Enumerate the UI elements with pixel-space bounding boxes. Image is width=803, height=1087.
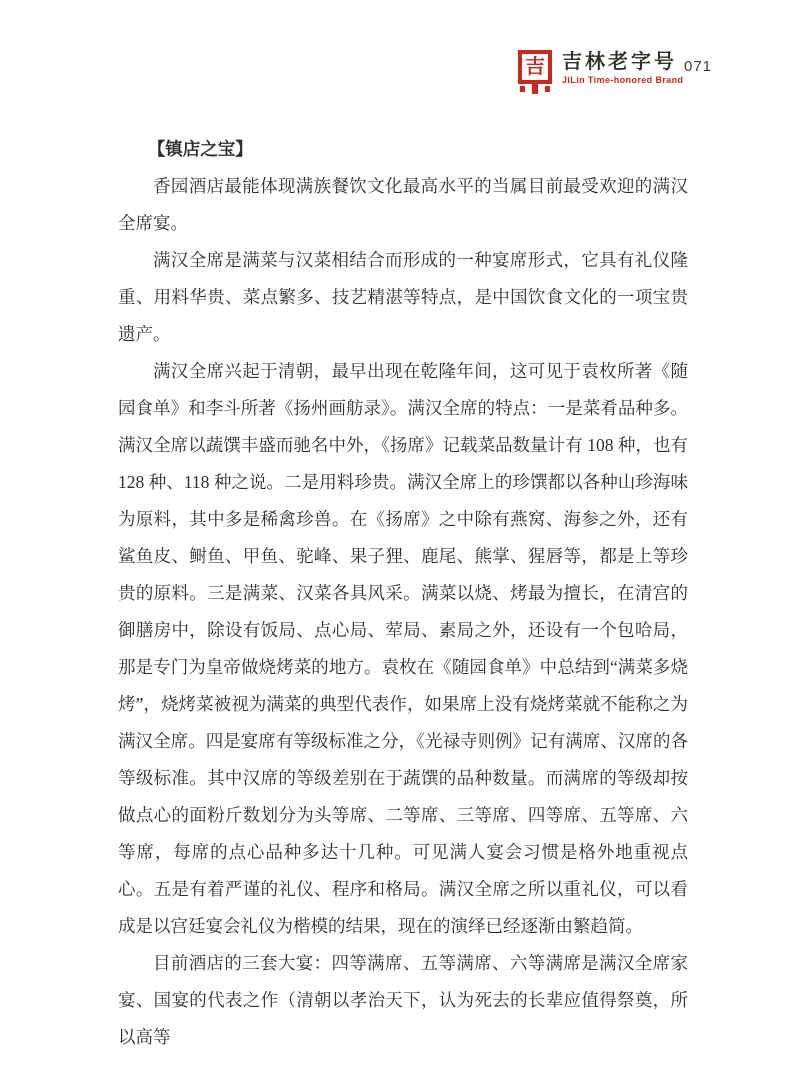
brand-tagline: JiLin Time-honored Brand (562, 74, 683, 86)
article-body: 【镇店之宝】 香园酒店最能体现满族餐饮文化最高水平的当属目前最受欢迎的满汉全席宴… (118, 131, 688, 1056)
seal-foot-icon (532, 82, 538, 94)
seal-foot-right-icon (545, 86, 550, 92)
paragraph-3: 满汉全席兴起于清朝，最早出现在乾隆年间，这可见于袁枚所著《随园食单》和李斗所著《… (118, 353, 688, 945)
seal-frame: 吉 (518, 50, 552, 84)
seal-foot-left-icon (520, 86, 525, 92)
jilin-seal-icon: 吉 (518, 50, 554, 96)
page-number: 071 (684, 58, 712, 75)
seal-character: 吉 (525, 57, 545, 77)
section-title: 【镇店之宝】 (118, 131, 688, 168)
paragraph-4: 目前酒店的三套大宴：四等满席、五等满席、六等满席是满汉全席家宴、国宴的代表之作（… (118, 945, 688, 1056)
paragraph-2: 满汉全席是满菜与汉菜相结合而形成的一种宴席形式，它具有礼仪隆重、用料华贵、菜点繁… (118, 242, 688, 353)
brand-logo: 吉 吉林老字号 JiLin Time-honored Brand (518, 50, 683, 96)
book-page: 吉 吉林老字号 JiLin Time-honored Brand 071 【镇店… (0, 0, 803, 1087)
brand-name: 吉林老字号 (562, 50, 683, 74)
paragraph-1: 香园酒店最能体现满族餐饮文化最高水平的当属目前最受欢迎的满汉全席宴。 (118, 168, 688, 242)
brand-text: 吉林老字号 JiLin Time-honored Brand (562, 50, 683, 86)
